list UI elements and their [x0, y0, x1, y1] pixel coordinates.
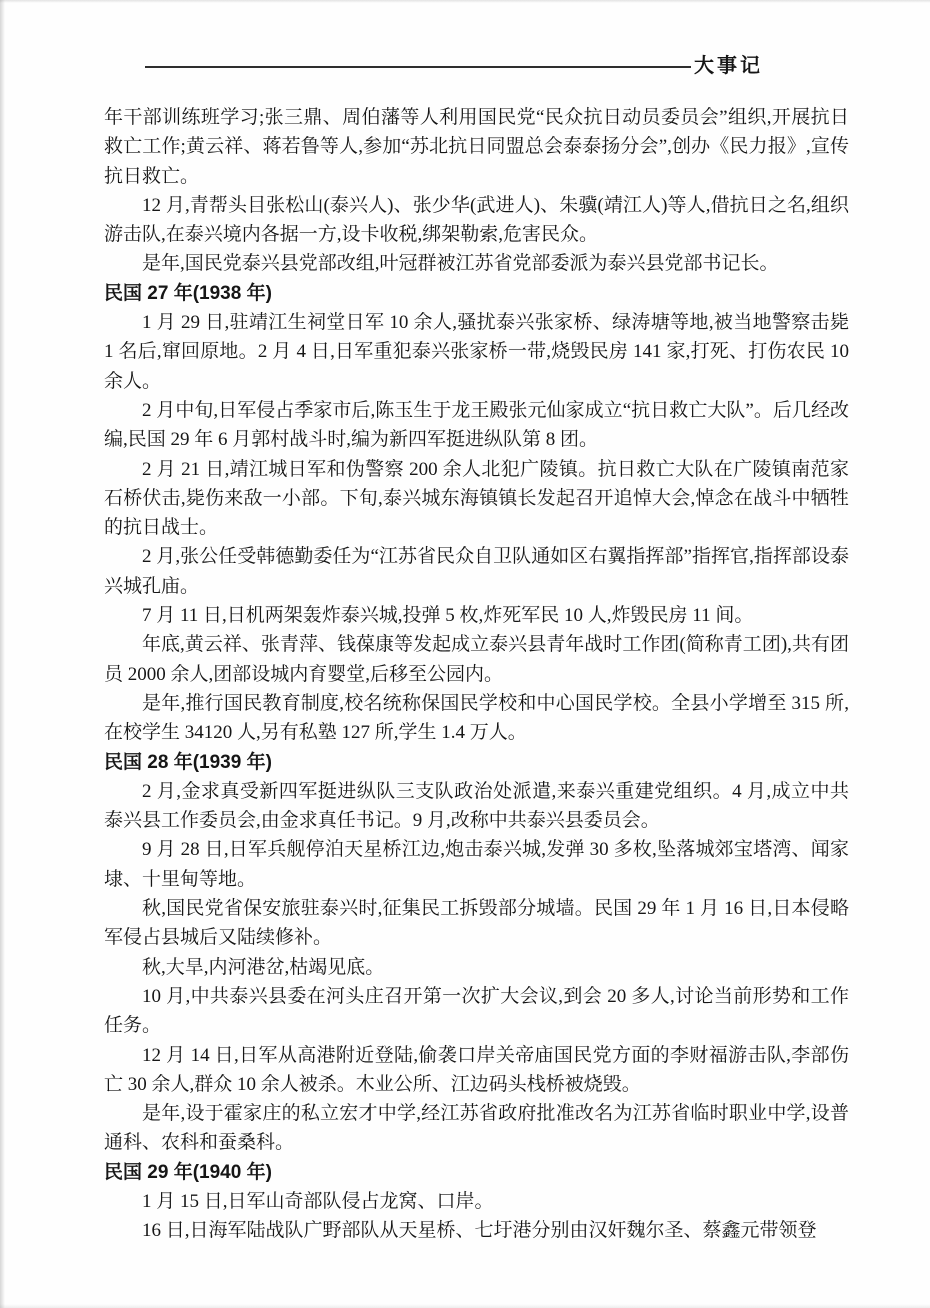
year-heading: 民国 28 年(1939 年): [104, 748, 849, 777]
scan-edge-top: [0, 0, 930, 3]
paragraph: 年干部训练班学习;张三鼎、周伯藩等人利用国民党“民众抗日动员委员会”组织,开展抗…: [104, 103, 849, 191]
paragraph: 1 月 29 日,驻靖江生祠堂日军 10 余人,骚扰泰兴张家桥、绿涛塘等地,被当…: [104, 308, 849, 396]
scan-edge-bottom: [0, 1304, 930, 1308]
paragraph: 秋,大旱,内河港岔,枯竭见底。: [104, 953, 849, 982]
book-page: 大事记 年干部训练班学习;张三鼎、周伯藩等人利用国民党“民众抗日动员委员会”组织…: [0, 0, 930, 1308]
year-heading: 民国 27 年(1938 年): [104, 279, 849, 308]
paragraph: 是年,推行国民教育制度,校名统称保国民学校和中心国民学校。全县小学增至 315 …: [104, 689, 849, 748]
paragraph: 2 月,张公任受韩德勤委任为“江苏省民众自卫队通如区右翼指挥部”指挥官,指挥部设…: [104, 542, 849, 601]
paragraph: 9 月 28 日,日军兵舰停泊天星桥江边,炮击泰兴城,发弹 30 多枚,坠落城郊…: [104, 835, 849, 894]
paragraph: 年底,黄云祥、张青萍、钱葆康等发起成立泰兴县青年战时工作团(简称青工团),共有团…: [104, 630, 849, 689]
paragraph: 12 月,青帮头目张松山(泰兴人)、张少华(武进人)、朱骥(靖江人)等人,借抗日…: [104, 191, 849, 250]
scan-edge-left: [0, 0, 5, 1308]
paragraph: 秋,国民党省保安旅驻泰兴时,征集民工拆毁部分城墙。民国 29 年 1 月 16 …: [104, 894, 849, 953]
running-head-rule: [145, 66, 691, 68]
paragraph: 16 日,日海军陆战队广野部队从天星桥、七圩港分别由汉奸魏尔圣、蔡鑫元带领登: [104, 1216, 849, 1245]
paragraph: 2 月 21 日,靖江城日军和伪警察 200 余人北犯广陵镇。抗日救亡大队在广陵…: [104, 455, 849, 543]
paragraph: 2 月,金求真受新四军挺进纵队三支队政治处派遣,来泰兴重建党组织。4 月,成立中…: [104, 777, 849, 836]
paragraph: 2 月中旬,日军侵占季家市后,陈玉生于龙王殿张元仙家成立“抗日救亡大队”。后几经…: [104, 396, 849, 455]
document-body: 年干部训练班学习;张三鼎、周伯藩等人利用国民党“民众抗日动员委员会”组织,开展抗…: [104, 103, 849, 1246]
paragraph: 是年,设于霍家庄的私立宏才中学,经江苏省政府批准改名为江苏省临时职业中学,设普通…: [104, 1099, 849, 1158]
paragraph: 是年,国民党泰兴县党部改组,叶冠群被江苏省党部委派为泰兴县党部书记长。: [104, 249, 849, 278]
paragraph: 12 月 14 日,日军从高港附近登陆,偷袭口岸关帝庙国民党方面的李财福游击队,…: [104, 1041, 849, 1100]
paragraph: 7 月 11 日,日机两架轰炸泰兴城,投弹 5 枚,炸死军民 10 人,炸毁民房…: [104, 601, 849, 630]
paragraph: 1 月 15 日,日军山奇部队侵占龙窝、口岸。: [104, 1187, 849, 1216]
year-heading: 民国 29 年(1940 年): [104, 1158, 849, 1187]
running-head-title: 大事记: [694, 51, 763, 81]
paragraph: 10 月,中共泰兴县委在河头庄召开第一次扩大会议,到会 20 多人,讨论当前形势…: [104, 982, 849, 1041]
